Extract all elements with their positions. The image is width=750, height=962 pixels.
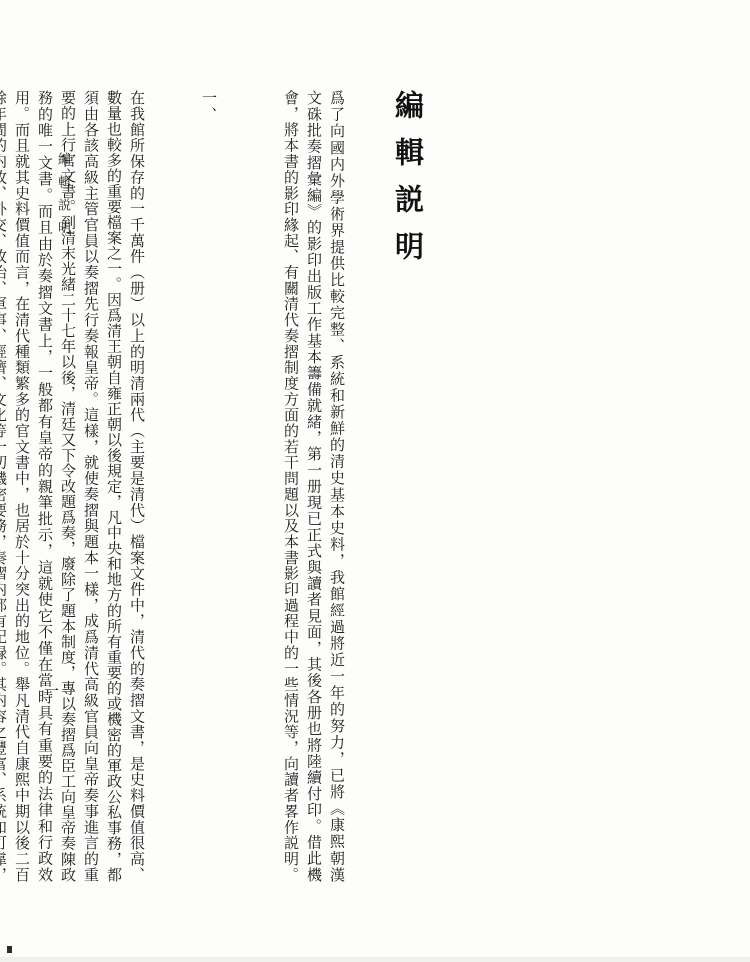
text-column: 餘年間的内政、外交、政治、軍事、經濟、文化等一切機密要務，奏摺内都有記録。其内容… xyxy=(0,90,9,882)
text-column: 文硃批奏摺彙編》的影印出版工作基本籌備就緒，第一册現已正式與讀者見面，其後各册也… xyxy=(301,90,324,882)
section-marker: 一、 xyxy=(196,90,275,882)
text-column: 用。而且就其史料價值而言，在清代種類繁多的官文書中，也居於十分突出的地位。舉凡清… xyxy=(9,90,32,882)
scanned-book-page: 編輯説明 爲了向國内外學術界提供比較完整、系統和新鮮的清史基本史料，我館經過將近… xyxy=(0,0,750,962)
text-column: 在我館所保存的一千萬件（册）以上的明清兩代（主要是清代）檔案文件中，清代的奏摺文… xyxy=(124,90,192,882)
text-column: 數量也較多的重要檔案之一。因爲清王朝自雍正朝以後規定，凡中央和地方的所有重要的或… xyxy=(101,90,124,882)
scan-speck xyxy=(7,946,12,953)
text-column: 務的唯一文書。而且由於奏摺文書上，一般都有皇帝的親筆批示，這就使它不僅在當時具有… xyxy=(32,90,55,882)
text-column: 須由各該高級主管官員以奏摺先行奏報皇帝。這樣，就使奏摺與題本一樣，成爲清代高級官… xyxy=(78,90,101,882)
text-column: 會，將本書的影印緣起、有關清代奏摺制度方面的若干問題以及本書影印過程中的一些情況… xyxy=(278,90,301,882)
text-column: 爲了向國内外學術界提供比較完整、系統和新鮮的清史基本史料，我館經過將近一年的努力… xyxy=(324,90,371,882)
page-number: 一 xyxy=(44,680,59,701)
page-title: 編輯説明 xyxy=(389,90,540,882)
bottom-edge-shade xyxy=(0,957,750,962)
text-columns: 編輯説明 爲了向國内外學術界提供比較完整、系統和新鮮的清史基本史料，我館經過將近… xyxy=(0,90,540,882)
running-title: 編輯説明 xyxy=(54,152,73,244)
